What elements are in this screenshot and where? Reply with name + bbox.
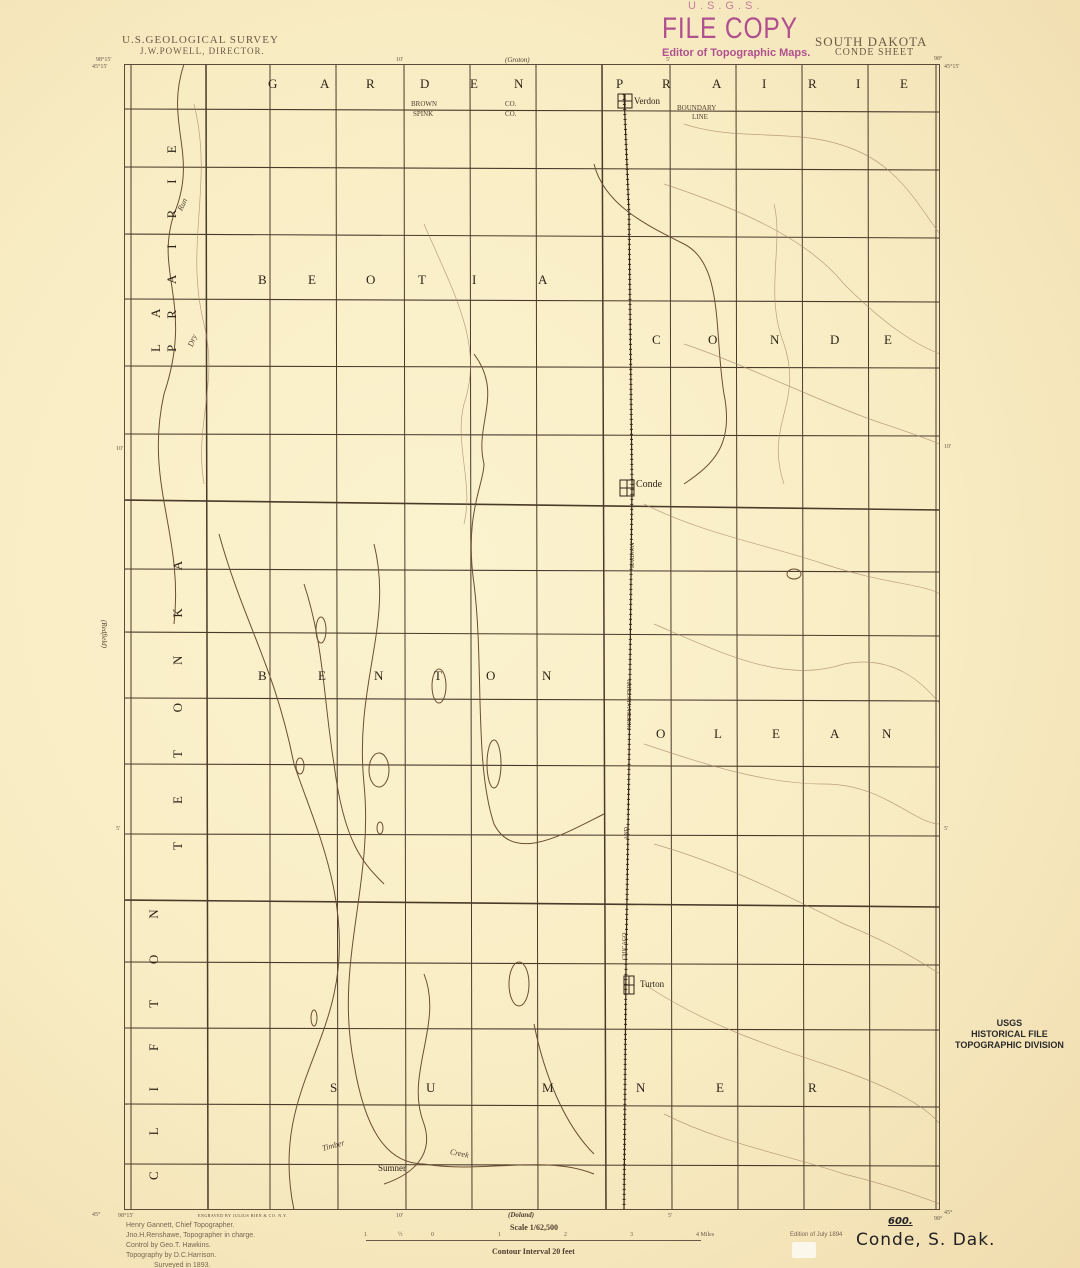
engraver-credit: ENGRAVED BY JULIUS BIEN & CO. N.Y. <box>198 1213 288 1218</box>
scale-label: Scale 1/62,500 <box>510 1223 558 1232</box>
usgs-stamp-line: U.S.G.S. <box>688 0 763 12</box>
stamp-topographic-division: TOPOGRAPHIC DIVISION <box>955 1040 1064 1051</box>
coord-right-5: 5' <box>944 826 948 832</box>
topographic-map[interactable] <box>124 64 940 1210</box>
coord-top-left: 98°15' <box>96 57 111 63</box>
coord-top-right: 98° <box>934 56 942 62</box>
coord-bottom-right-lat: 45° <box>944 1210 952 1216</box>
label-boundary: BOUNDARY <box>677 104 716 112</box>
label-brown: BROWN <box>411 100 437 108</box>
coord-top-right-lat: 45°15' <box>944 64 959 70</box>
township-clifton: CLIFTON <box>146 920 162 1180</box>
tape-patch <box>792 1242 816 1258</box>
coord-right-10: 10' <box>944 444 951 450</box>
credit-chief: Henry Gannett, Chief Topographer. <box>126 1221 255 1231</box>
adjacent-north: (Groton) <box>505 56 530 64</box>
edition-date: Edition of July 1894 <box>790 1230 842 1240</box>
sheet-number: 600. <box>888 1216 913 1227</box>
coord-top-10: 10' <box>396 57 403 63</box>
credits-block: Henry Gannett, Chief Topographer. Jno.H.… <box>126 1221 255 1268</box>
sheet-title: CONDE SHEET <box>835 47 914 58</box>
place-sumner: Sumner <box>378 1163 406 1173</box>
place-conde: Conde <box>636 479 662 490</box>
label-north-western: NORTH WESTERN <box>627 680 633 730</box>
label-line: LINE <box>692 113 708 121</box>
agency-title: U.S.GEOLOGICAL SURVEY <box>122 34 279 46</box>
label-and: AND <box>624 827 630 840</box>
stamp-usgs: USGS <box>955 1018 1064 1029</box>
contour-interval: Contour Interval 20 feet <box>492 1247 575 1256</box>
label-co-2: CO. <box>505 110 516 118</box>
credit-control: Control by Geo.T. Hawkins. <box>126 1241 255 1251</box>
coord-bottom-left-lat: 45° <box>92 1212 100 1218</box>
coord-left-5: 5' <box>116 826 120 832</box>
credit-surveyed: Surveyed in 1893. <box>126 1261 255 1268</box>
label-spink: SPINK <box>413 110 433 118</box>
handwritten-title: Conde, S. Dak. <box>856 1230 995 1250</box>
label-co-1: CO. <box>505 100 516 108</box>
stamp-historical-file: HISTORICAL FILE <box>955 1029 1064 1040</box>
coord-bottom-10: 10' <box>396 1213 403 1219</box>
coord-bottom-left: 98°15' <box>118 1213 133 1219</box>
adjacent-south: (Doland) <box>508 1211 534 1219</box>
coord-bottom-5: 5' <box>668 1213 672 1219</box>
director-title: J.W.POWELL, DIRECTOR. <box>140 46 265 56</box>
township-tetonka: TETONKA <box>170 520 186 850</box>
map-grid-svg <box>124 64 940 1210</box>
place-turton: Turton <box>640 979 664 989</box>
adjacent-west: (Redfield) <box>100 620 108 648</box>
township-la-prairie: LA PRAIRIE <box>148 132 180 352</box>
label-chicago: CHICAGO <box>622 933 628 960</box>
coord-left-10: 10' <box>116 446 123 452</box>
coord-top-5: 5' <box>666 57 670 63</box>
file-copy-stamp: FILE COPY <box>662 12 798 46</box>
credit-topography: Topography by D.C.Harrison. <box>126 1251 255 1261</box>
editor-stamp: Editor of Topographic Maps. <box>662 47 810 59</box>
scale-bar: 1 ½ 0 1 2 3 4 Miles <box>366 1234 701 1242</box>
credit-topographer: Jno.H.Renshawe, Topographer in charge. <box>126 1231 255 1241</box>
historical-file-stamp: USGS HISTORICAL FILE TOPOGRAPHIC DIVISIO… <box>955 1018 1064 1051</box>
label-railway: RAILWAY <box>630 541 636 568</box>
coord-top-left-lat: 45°15' <box>92 64 107 70</box>
place-verdon: Verdon <box>634 96 660 106</box>
coord-bottom-right: 98° <box>934 1216 942 1222</box>
